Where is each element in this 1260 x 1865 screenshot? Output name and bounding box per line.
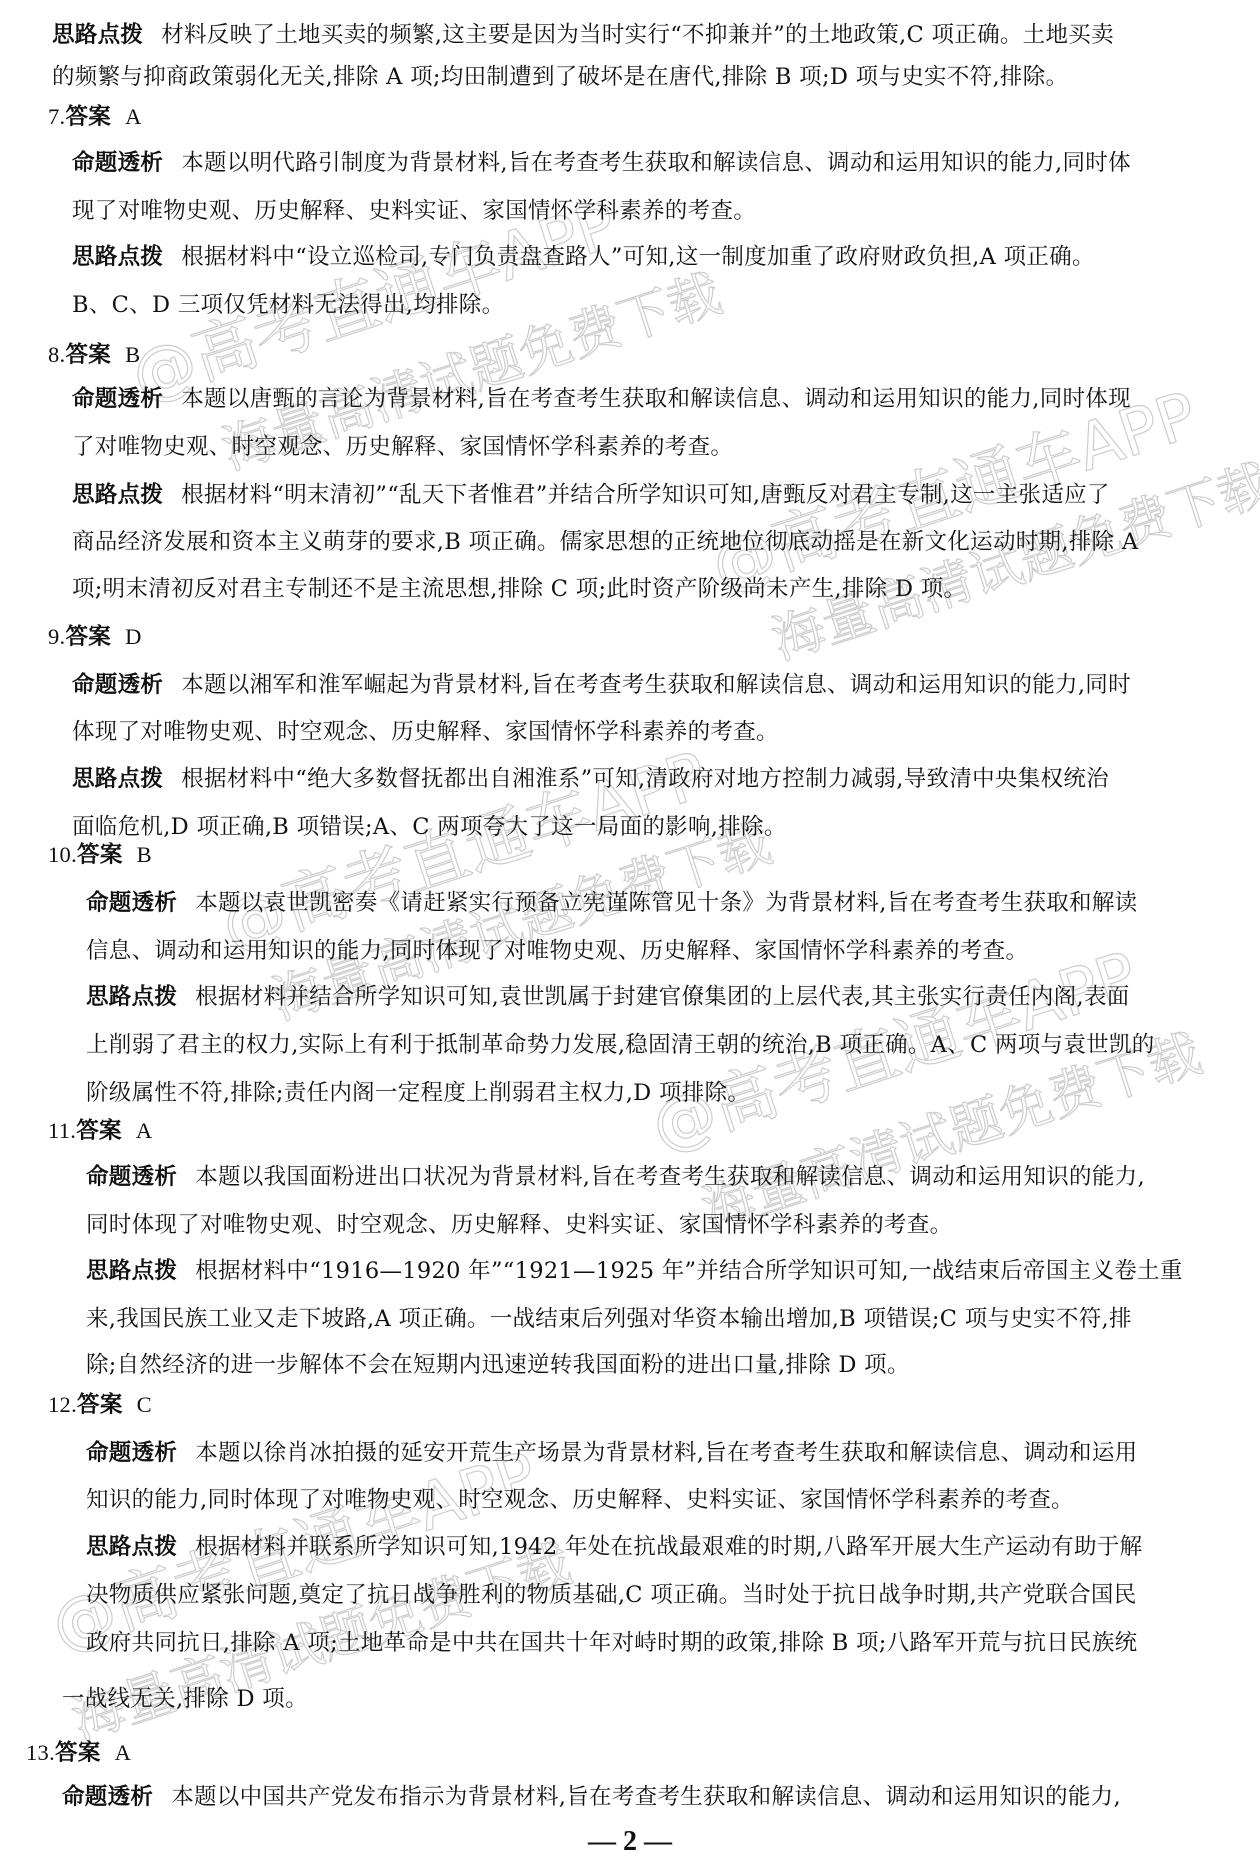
question-number: 13.	[26, 1740, 55, 1765]
answer-value: B	[125, 342, 140, 367]
hint-line: 思路点拨根据材料中“设立巡检司,专门负责盘查路人”可知,这一制度加重了政府财政负…	[72, 242, 1095, 272]
answer-label: 答案	[65, 104, 111, 130]
hint-line: 项;明末清初反对君主专制还不是主流思想,排除 C 项;此时资产阶级尚未产生,排除…	[72, 574, 966, 604]
analysis-line: 命题透析本题以唐甄的言论为背景材料,旨在考查考生获取和解读信息、调动和运用知识的…	[72, 384, 1131, 414]
hint-label: 思路点拨	[86, 984, 177, 1010]
question-number: 10.	[48, 842, 77, 867]
hint-line: 思路点拨根据材料并结合所学知识可知,袁世凯属于封建官僚集团的上层代表,其主张实行…	[86, 982, 1130, 1012]
hint-line: 来,我国民族工业又走下坡路,A 项正确。一战结束后列强对华资本输出增加,B 项错…	[86, 1304, 1132, 1334]
answer-label: 答案	[65, 342, 111, 368]
analysis-line: 命题透析本题以袁世凯密奏《请赶紧实行预备立宪谨陈管见十条》为背景材料,旨在考查考…	[86, 888, 1137, 918]
answer-label: 答案	[77, 1392, 123, 1418]
hint-text: 材料反映了土地买卖的频繁,这主要是因为当时实行“不抑兼并”的土地政策,C 项正确…	[161, 22, 1114, 48]
analysis-label: 命题透析	[86, 890, 177, 916]
hint-text: 根据材料“明末清初”“乱天下者惟君”并结合所学知识可知,唐甄反对君主专制,这一主…	[181, 482, 1110, 508]
analysis-text: 本题以我国面粉进出口状况为背景材料,旨在考查考生获取和解读信息、调动和运用知识的…	[195, 1164, 1145, 1190]
analysis-line: 命题透析本题以徐肖冰拍摄的延安开荒生产场景为背景材料,旨在考查考生获取和解读信息…	[86, 1438, 1137, 1468]
question-answer-heading: 9.答案D	[48, 622, 142, 652]
analysis-line: 命题透析本题以湘军和淮军崛起为背景材料,旨在考查考生获取和解读信息、调动和运用知…	[72, 670, 1131, 700]
watermark-text: 海量高清试题免费下载	[761, 441, 1260, 673]
question-answer-heading: 10.答案B	[48, 840, 152, 870]
answer-value: C	[137, 1392, 152, 1417]
hint-text: 根据材料中“设立巡检司,专门负责盘查路人”可知,这一制度加重了政府财政负担,A …	[181, 244, 1095, 270]
hint-label: 思路点拨	[52, 22, 143, 48]
hint-label: 思路点拨	[72, 244, 163, 270]
hint-line: 面临危机,D 项正确,B 项错误;A、C 两项夸大了这一局面的影响,排除。	[72, 812, 787, 842]
answer-label: 答案	[65, 624, 111, 650]
analysis-line: 知识的能力,同时体现了对唯物史观、时空观念、历史解释、史料实证、家国情怀学科素养…	[86, 1485, 1074, 1515]
question-answer-heading: 11.答案A	[48, 1116, 152, 1146]
hint-text: 根据材料中“1916—1920 年”“1921—1925 年”并结合所学知识可知…	[195, 1258, 1182, 1284]
hint-text: 根据材料中“绝大多数督抚都出自湘淮系”可知,清政府对地方控制力减弱,导致清中央集…	[181, 766, 1109, 792]
analysis-label: 命题透析	[86, 1164, 177, 1190]
hint-text: 根据材料并联系所学知识可知,1942 年处在抗战最艰难的时期,八路军开展大生产运…	[195, 1534, 1142, 1560]
question-answer-heading: 13.答案A	[26, 1738, 131, 1768]
analysis-line: 命题透析本题以我国面粉进出口状况为背景材料,旨在考查考生获取和解读信息、调动和运…	[86, 1162, 1145, 1192]
analysis-label: 命题透析	[72, 150, 163, 176]
question-number: 7.	[48, 104, 65, 129]
question-number: 8.	[48, 342, 65, 367]
watermark-text: @高考直通车APP	[208, 724, 717, 968]
hint-label: 思路点拨	[86, 1534, 177, 1560]
analysis-text: 本题以明代路引制度为背景材料,旨在考查考生获取和解读信息、调动和运用知识的能力,…	[181, 150, 1131, 176]
hint-line: 思路点拨根据材料“明末清初”“乱天下者惟君”并结合所学知识可知,唐甄反对君主专制…	[72, 480, 1110, 510]
analysis-label: 命题透析	[62, 1784, 153, 1810]
hint-line: 思路点拨根据材料中“绝大多数督抚都出自湘淮系”可知,清政府对地方控制力减弱,导致…	[72, 764, 1109, 794]
question-number: 11.	[48, 1118, 76, 1143]
analysis-label: 命题透析	[72, 386, 163, 412]
question-answer-heading: 7.答案A	[48, 102, 142, 132]
hint-line: 上削弱了君主的权力,实际上有利于抵制革命势力发展,稳固清王朝的统治,B 项正确。…	[86, 1030, 1155, 1060]
analysis-line: 命题透析本题以明代路引制度为背景材料,旨在考查考生获取和解读信息、调动和运用知识…	[72, 148, 1131, 178]
hint-line: 一战线无关,排除 D 项。	[62, 1684, 308, 1714]
hint-line: 决物质供应紧张问题,奠定了抗日战争胜利的物质基础,C 项正确。当时处于抗日战争时…	[86, 1580, 1137, 1610]
question-number: 12.	[48, 1392, 77, 1417]
hint-label: 思路点拨	[72, 482, 163, 508]
page-number: — 2 —	[0, 1826, 1260, 1858]
hint-line: 除;自然经济的进一步解体不会在短期内迅速逆转我国面粉的进出口量,排除 D 项。	[86, 1350, 910, 1380]
question-number: 9.	[48, 624, 65, 649]
analysis-text: 本题以中国共产党发布指示为背景材料,旨在考查考生获取和解读信息、调动和运用知识的…	[171, 1784, 1121, 1810]
hint-line: 思路点拨根据材料中“1916—1920 年”“1921—1925 年”并结合所学…	[86, 1256, 1183, 1286]
analysis-text: 本题以徐肖冰拍摄的延安开荒生产场景为背景材料,旨在考查考生获取和解读信息、调动和…	[195, 1440, 1137, 1466]
answer-value: B	[137, 842, 152, 867]
answer-label: 答案	[77, 842, 123, 868]
analysis-label: 命题透析	[86, 1440, 177, 1466]
answer-value: A	[115, 1740, 132, 1765]
question-answer-heading: 8.答案B	[48, 340, 140, 370]
analysis-line: 现了对唯物史观、历史解释、史料实证、家国情怀学科素养的考查。	[72, 196, 756, 226]
answer-label: 答案	[55, 1740, 101, 1766]
hint-text: 根据材料并结合所学知识可知,袁世凯属于封建官僚集团的上层代表,其主张实行责任内阁…	[195, 984, 1129, 1010]
analysis-text: 本题以袁世凯密奏《请赶紧实行预备立宪谨陈管见十条》为背景材料,旨在考查考生获取和…	[195, 890, 1137, 916]
hint-label: 思路点拨	[86, 1258, 177, 1284]
answer-value: A	[136, 1118, 153, 1143]
question-answer-heading: 12.答案C	[48, 1390, 152, 1420]
answer-label: 答案	[76, 1118, 122, 1144]
answer-value: D	[125, 624, 142, 649]
hint-line: 思路点拨根据材料并联系所学知识可知,1942 年处在抗战最艰难的时期,八路军开展…	[86, 1532, 1142, 1562]
analysis-line: 了对唯物史观、时空观念、历史解释、家国情怀学科素养的考查。	[72, 432, 733, 462]
analysis-label: 命题透析	[72, 672, 163, 698]
hint-line: 政府共同抗日,排除 A 项;土地革命是中共在国共十年对峙时期的政策,排除 B 项…	[86, 1628, 1137, 1658]
hint-line: 阶级属性不符,排除;责任内阁一定程度上削弱君主权力,D 项排除。	[86, 1078, 750, 1108]
hint-line: 商品经济发展和资本主义萌芽的要求,B 项正确。儒家思想的正统地位彻底动摇是在新文…	[72, 527, 1138, 557]
analysis-line: 信息、调动和运用知识的能力,同时体现了对唯物史观、历史解释、家国情怀学科素养的考…	[86, 936, 1028, 966]
hint-label: 思路点拨	[72, 766, 163, 792]
analysis-line: 命题透析本题以中国共产党发布指示为背景材料,旨在考查考生获取和解读信息、调动和运…	[62, 1782, 1121, 1812]
hint-line: 思路点拨材料反映了土地买卖的频繁,这主要是因为当时实行“不抑兼并”的土地政策,C…	[52, 20, 1114, 50]
analysis-line: 体现了对唯物史观、时空观念、历史解释、家国情怀学科素养的考查。	[72, 717, 779, 747]
analysis-text: 本题以湘军和淮军崛起为背景材料,旨在考查考生获取和解读信息、调动和运用知识的能力…	[181, 672, 1131, 698]
analysis-text: 本题以唐甄的言论为背景材料,旨在考查考生获取和解读信息、调动和运用知识的能力,同…	[181, 386, 1131, 412]
hint-line: B、C、D 三项仅凭材料无法得出,均排除。	[72, 290, 504, 320]
analysis-line: 同时体现了对唯物史观、时空观念、历史解释、史料实证、家国情怀学科素养的考查。	[86, 1210, 952, 1240]
hint-line: 的频繁与抑商政策弱化无关,排除 A 项;均田制遭到了破坏是在唐代,排除 B 项;…	[52, 62, 1068, 92]
answer-value: A	[125, 104, 142, 129]
